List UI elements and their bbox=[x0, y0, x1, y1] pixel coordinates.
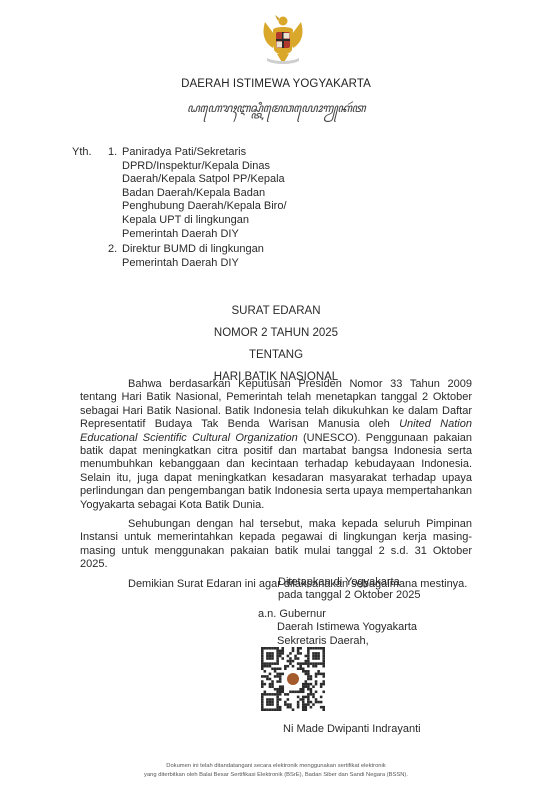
title-line: SURAT EDARAN bbox=[0, 300, 552, 322]
addressee-line: Penghubung Daerah/Kepala Biro/ bbox=[122, 200, 308, 214]
document-title: SURAT EDARAN NOMOR 2 TAHUN 2025 TENTANG … bbox=[0, 300, 552, 388]
addressee-line: DPRD/Inspektur/Kepala Dinas bbox=[122, 160, 308, 174]
addressee-line: Kepala UPT di lingkungan bbox=[122, 214, 308, 228]
region-heading: DAERAH ISTIMEWA YOGYAKARTA bbox=[0, 78, 552, 90]
addressee-line: Pemerintah Daerah DIY bbox=[122, 257, 308, 271]
signer-name: Ni Made Dwipanti Indrayanti bbox=[283, 723, 421, 735]
body-paragraph-2: Sehubungan dengan hal tersebut, maka kep… bbox=[80, 518, 472, 572]
addressee-line: Daerah/Kepala Satpol PP/Kepala bbox=[122, 173, 308, 187]
addressee-number: 2. bbox=[108, 243, 117, 257]
addressee-list: 1. Paniradya Pati/Sekretaris DPRD/Inspek… bbox=[108, 146, 308, 270]
e-signature-footer: Dokumen ini telah ditandatangani secara … bbox=[0, 762, 552, 780]
addressee-number: 1. bbox=[108, 146, 117, 160]
addressee-item: 1. Paniradya Pati/Sekretaris DPRD/Inspek… bbox=[108, 146, 308, 241]
body-paragraph-1: Bahwa berdasarkan Keputusan Presiden Nom… bbox=[80, 378, 472, 512]
addressee-label: Yth. bbox=[72, 146, 92, 158]
addressee-line: Pemerintah Daerah DIY bbox=[122, 228, 308, 242]
addressee-line: Badan Daerah/Kepala Badan bbox=[122, 187, 308, 201]
addressee-line: Paniradya Pati/Sekretaris bbox=[122, 146, 308, 160]
garuda-emblem-icon bbox=[259, 12, 307, 68]
title-number: NOMOR 2 TAHUN 2025 bbox=[0, 322, 552, 344]
footer-line: Dokumen ini telah ditandatangani secara … bbox=[0, 762, 552, 771]
javanese-script-heading: ꦝꦲꦺꦫꦃꦆꦱ꧀ꦠꦶꦩꦺꦮꦪꦺꦴꦒꦾꦏꦂꦠ bbox=[0, 99, 552, 123]
signature-place: Ditetapkan di Yogyakarta bbox=[278, 576, 421, 589]
signature-place-date: Ditetapkan di Yogyakarta pada tanggal 2 … bbox=[278, 576, 421, 603]
addressee-line: Direktur BUMD di lingkungan bbox=[122, 243, 308, 257]
signature-an: a.n. Gubernur bbox=[258, 608, 417, 621]
document-body: Bahwa berdasarkan Keputusan Presiden Nom… bbox=[80, 378, 472, 597]
footer-line: yang diterbitkan oleh Balai Besar Sertif… bbox=[0, 771, 552, 780]
qr-code-icon bbox=[261, 647, 325, 711]
title-line: TENTANG bbox=[0, 344, 552, 366]
signature-region: Daerah Istimewa Yogyakarta bbox=[277, 621, 417, 634]
signature-authority: a.n. Gubernur Daerah Istimewa Yogyakarta… bbox=[258, 608, 417, 648]
signature-date: pada tanggal 2 Oktober 2025 bbox=[278, 589, 421, 602]
addressee-item: 2. Direktur BUMD di lingkungan Pemerinta… bbox=[108, 243, 308, 270]
